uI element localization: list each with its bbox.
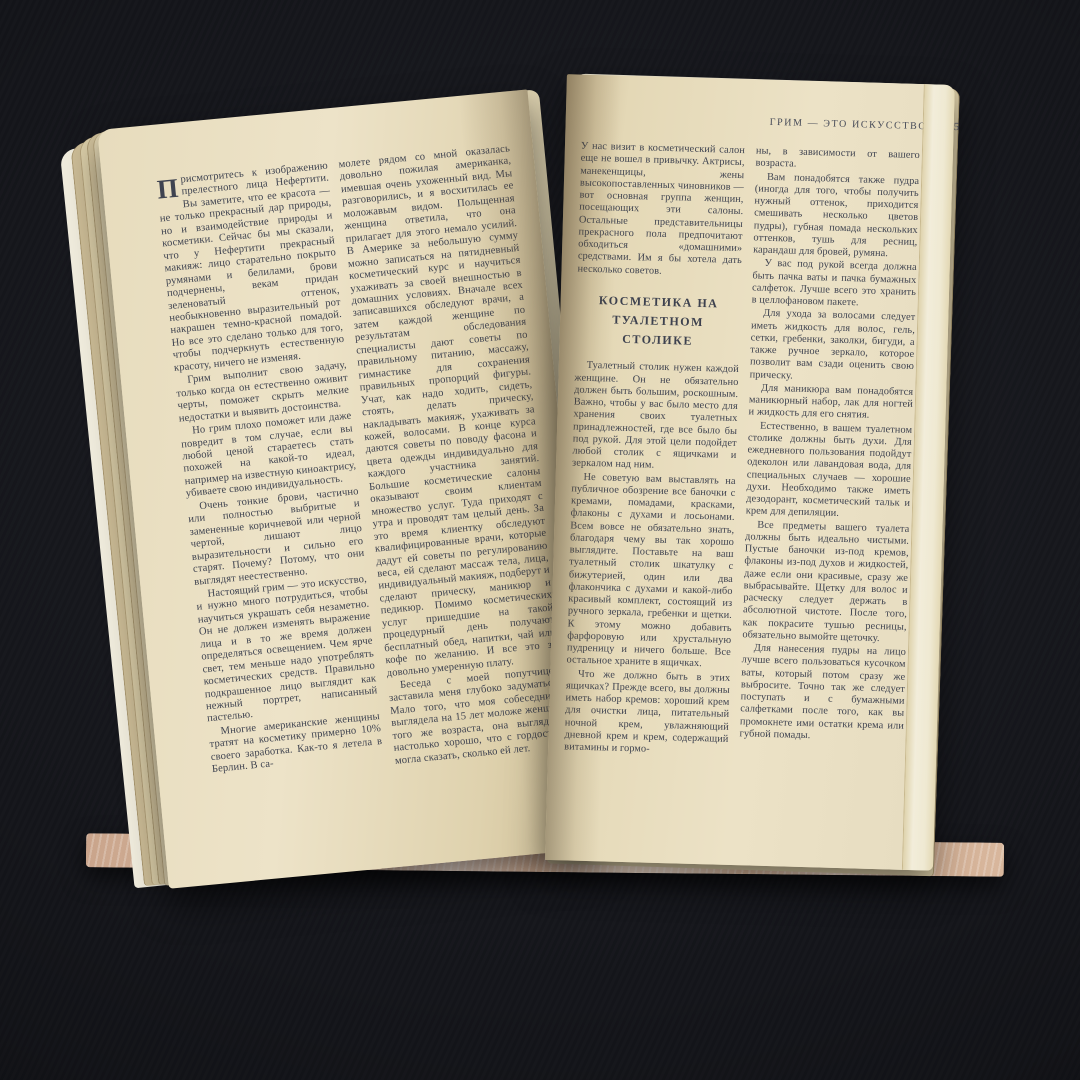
right-page-column-1: У нас визит в косметический салон еще не… bbox=[564, 141, 745, 760]
paragraph: Не советую вам выставлять на публичное о… bbox=[566, 471, 735, 672]
paragraph: У вас под рукой всегда должна быть пачка… bbox=[752, 258, 917, 312]
paragraph: Для ухода за волосами следует иметь жидк… bbox=[749, 308, 915, 386]
left-page: Присмотритесь к изображению прелестного … bbox=[97, 89, 599, 888]
left-page-columns: Присмотритесь к изображению прелестного … bbox=[156, 141, 590, 786]
paragraph: Естественно, в вашем туалетном столике д… bbox=[746, 420, 913, 523]
right-page-column-2: ны, в зависимости от вашего возраста. Ва… bbox=[739, 145, 920, 764]
running-title: ГРИМ — ЭТО ИСКУССТВО bbox=[770, 117, 928, 132]
paragraph: У нас визит в косметический салон еще не… bbox=[577, 141, 745, 280]
paragraph: Настоящий грим — это искусство, и нужно … bbox=[195, 574, 379, 727]
paragraph: Беседа с моей попутчицей заставила меня … bbox=[387, 665, 566, 768]
paragraph-text: рисмотритесь к изображению прелестного л… bbox=[159, 161, 344, 374]
paragraph: Очень тонкие брови, частично или полност… bbox=[187, 486, 366, 589]
paragraph: Присмотритесь к изображению прелестного … bbox=[156, 161, 346, 376]
right-page: ГРИМ — ЭТО ИСКУССТВО 185 У нас визит в к… bbox=[545, 74, 955, 871]
paragraph: ны, в зависимости от вашего возраста. bbox=[755, 145, 920, 174]
paragraph: молете рядом со мной оказалась довольно … bbox=[338, 143, 558, 680]
photo-backdrop: Присмотритесь к изображению прелестного … bbox=[0, 0, 1080, 1080]
drop-cap: П bbox=[156, 175, 182, 202]
paragraph: Для маникюра вам понадобятся маникюрный … bbox=[748, 382, 913, 423]
right-page-columns: У нас визит в косметический салон еще не… bbox=[564, 141, 953, 765]
paragraph: Туалетный столик нужен каждой женщине. О… bbox=[572, 360, 739, 475]
paragraph: Вам понадобятся также пудра (иногда для … bbox=[753, 171, 919, 261]
paragraph: Что же должно быть в этих ящичках? Прежд… bbox=[564, 668, 730, 758]
paragraph: Все предметы вашего туалета должны быть … bbox=[742, 519, 909, 646]
paragraph: Для нанесения пудры на лицо лучше всего … bbox=[739, 642, 906, 745]
section-heading: КОСМЕТИКА НА ТУАЛЕТНОМ СТОЛИКЕ bbox=[592, 291, 724, 352]
